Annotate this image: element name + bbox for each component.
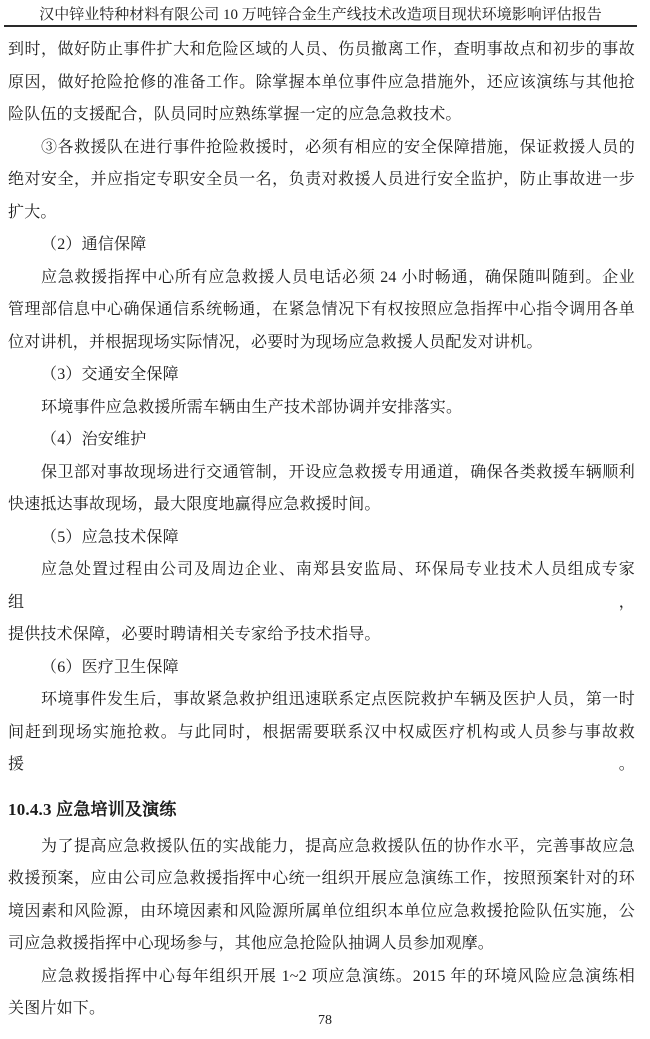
document-page: 汉中锌业特种材料有限公司 10 万吨锌合金生产线技术改造项目现状环境影响评估报告… <box>0 0 650 1039</box>
text-line: 管理部信息中心确保通信系统畅通，在紧急情况下有权按照应急指挥中心指令调用各单 <box>8 294 635 327</box>
text-line: 扩大。 <box>8 197 635 230</box>
text-line: 绝对安全，并应指定专职安全员一名，负责对救援人员进行安全监护，防止事故进一步 <box>8 164 635 197</box>
page-footer: 78 <box>0 1012 650 1030</box>
text-line: 快速抵达事故现场，最大限度地赢得应急救援时间。 <box>8 489 635 522</box>
text-line: 应急救援指挥中心每年组织开展 1~2 项应急演练。2015 年的环境风险应急演练… <box>8 961 635 994</box>
page-number: 78 <box>318 1013 332 1028</box>
text-line: （2）通信保障 <box>8 229 635 262</box>
text-line: ③各救援队在进行事件抢险救援时，必须有相应的安全保障措施，保证救援人员的 <box>8 132 635 165</box>
text-line: 救援预案，应由公司应急救援指挥中心统一组织开展应急演练工作，按照预案针对的环 <box>8 863 635 896</box>
text-line: 为了提高应急救援队伍的实战能力，提高应急救援队伍的协作水平，完善事故应急 <box>8 831 635 864</box>
text-line: 险队伍的支援配合，队员同时应熟练掌握一定的应急急救技术。 <box>8 99 635 132</box>
text-line: 保卫部对事故现场进行交通管制，开设应急救援专用通道，确保各类救援车辆顺利 <box>8 457 635 490</box>
text-line: 位对讲机，并根据现场实际情况，必要时为现场应急救援人员配发对讲机。 <box>8 327 635 360</box>
text-line: （3）交通安全保障 <box>8 359 635 392</box>
text-line: 境因素和风险源，由环境因素和风险源所属单位组织本单位应急救援抢险队伍实施，公 <box>8 896 635 929</box>
text-line: 环境事件应急救援所需车辆由生产技术部协调并安排落实。 <box>8 392 635 425</box>
text-line: （6）医疗卫生保障 <box>8 652 635 685</box>
text-line: 司应急救援指挥中心现场参与，其他应急抢险队抽调人员参加观摩。 <box>8 928 635 961</box>
section-heading: 10.4.3 应急培训及演练 <box>8 792 635 828</box>
document-body: 到时，做好防止事件扩大和危险区域的人员、伤员撤离工作，查明事故点和初步的事故原因… <box>8 34 635 1026</box>
text-line: 应急处置过程由公司及周边企业、南郑县安监局、环保局专业技术人员组成专家组， <box>8 554 635 619</box>
page-header: 汉中锌业特种材料有限公司 10 万吨锌合金生产线技术改造项目现状环境影响评估报告 <box>4 0 637 27</box>
text-line: 原因，做好抢险抢修的准备工作。除掌握本单位事件应急措施外，还应该演练与其他抢 <box>8 67 635 100</box>
text-line: 到时，做好防止事件扩大和危险区域的人员、伤员撤离工作，查明事故点和初步的事故 <box>8 34 635 67</box>
text-line: 间赶到现场实施抢救。与此同时，根据需要联系汉中权威医疗机构或人员参与事故救援。 <box>8 717 635 782</box>
text-line: 提供技术保障，必要时聘请相关专家给予技术指导。 <box>8 619 635 652</box>
text-line: 应急救援指挥中心所有应急救援人员电话必须 24 小时畅通，确保随叫随到。企业 <box>8 262 635 295</box>
text-line: （4）治安维护 <box>8 424 635 457</box>
running-header-title: 汉中锌业特种材料有限公司 10 万吨锌合金生产线技术改造项目现状环境影响评估报告 <box>4 5 637 25</box>
text-line: 环境事件发生后，事故紧急救护组迅速联系定点医院救护车辆及医护人员，第一时 <box>8 684 635 717</box>
text-line: （5）应急技术保障 <box>8 522 635 555</box>
